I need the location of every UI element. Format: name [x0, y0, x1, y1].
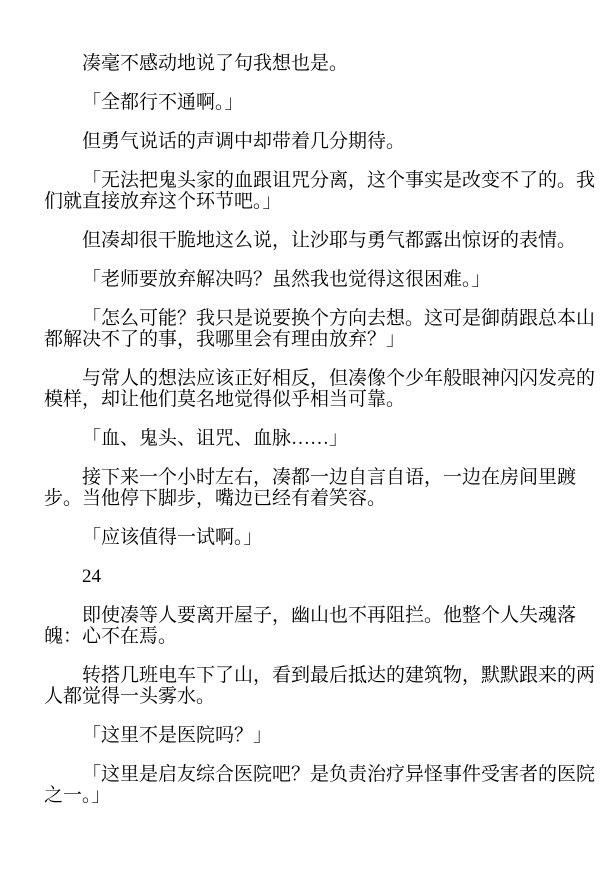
paragraph: 「应该值得一试啊。」 — [44, 527, 597, 548]
paragraph: 「全都行不通啊。」 — [44, 92, 597, 113]
paragraph: 「无法把鬼头家的血跟诅咒分离，这个事实是改变不了的。我们就直接放弃这个环节吧。」 — [44, 170, 597, 212]
paragraph: 「怎么可能？我只是说要换个方向去想。这可是御荫跟总本山都解决不了的事，我哪里会有… — [44, 308, 597, 350]
paragraph: 「老师要放弃解决吗？虽然我也觉得这很困难。」 — [44, 269, 597, 290]
novel-page: 凑毫不感动地说了句我想也是。「全都行不通啊。」但勇气说话的声调中却带着几分期待。… — [0, 0, 613, 869]
paragraph: 「血、鬼头、诅咒、血脉……」 — [44, 428, 597, 449]
paragraph: 转搭几班电车下了山，看到最后抵达的建筑物，默默跟来的两人都觉得一头雾水。 — [44, 665, 597, 707]
text-column: 凑毫不感动地说了句我想也是。「全都行不通啊。」但勇气说话的声调中却带着几分期待。… — [44, 53, 597, 806]
paragraph: 接下来一个小时左右，凑都一边自言自语，一边在房间里踱步。当他停下脚步，嘴边已经有… — [44, 467, 597, 509]
paragraph: 「这里不是医院吗？」 — [44, 725, 597, 746]
paragraph: 即使凑等人要离开屋子，幽山也不再阻拦。他整个人失魂落魄：心不在焉。 — [44, 605, 597, 647]
paragraph: 但凑却很干脆地这么说，让沙耶与勇气都露出惊讶的表情。 — [44, 230, 597, 251]
paragraph: 与常人的想法应该正好相反，但凑像个少年般眼神闪闪发亮的模样，却让他们莫名地觉得似… — [44, 368, 597, 410]
section-number: 24 — [44, 566, 597, 587]
paragraph: 但勇气说话的声调中却带着几分期待。 — [44, 131, 597, 152]
paragraph: 凑毫不感动地说了句我想也是。 — [44, 53, 597, 74]
paragraph: 「这里是启友综合医院吧？是负责治疗异怪事件受害者的医院之一。」 — [44, 764, 597, 806]
